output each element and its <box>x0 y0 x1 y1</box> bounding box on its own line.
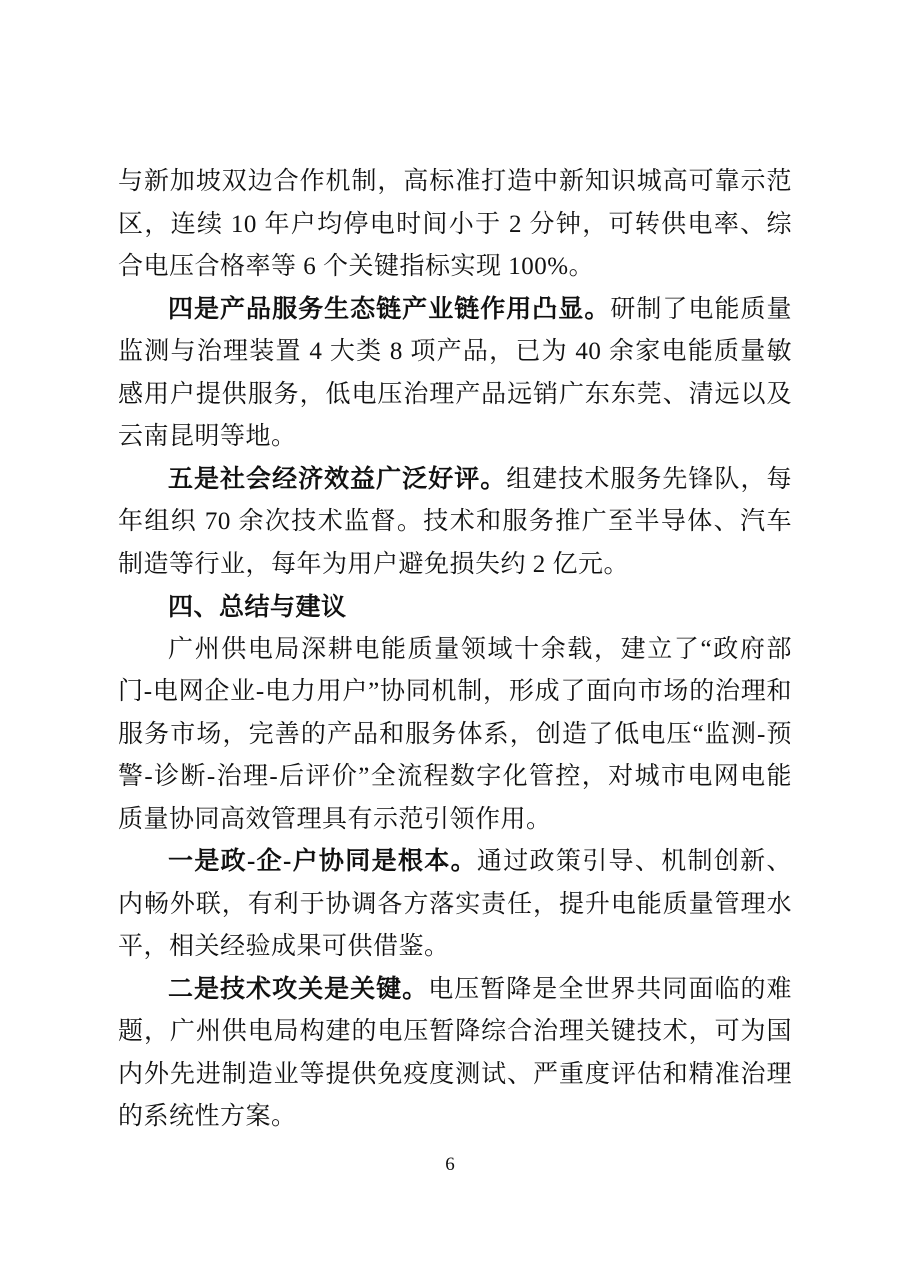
paragraph-summary: 广州供电局深耕电能质量领域十余载，建立了“政府部门-电网企业-电力用户”协同机制… <box>118 629 792 842</box>
paragraph-text: 与新加坡双边合作机制，高标准打造中新知识城高可靠示范区，连续 10 年户均停电时… <box>118 168 792 280</box>
paragraph-point4: 四是产品服务生态链产业链作用凸显。研制了电能质量监测与治理装置 4 大类 8 项… <box>118 289 792 459</box>
document-page: 与新加坡双边合作机制，高标准打造中新知识城高可靠示范区，连续 10 年户均停电时… <box>0 0 900 1272</box>
paragraph-point5: 五是社会经济效益广泛好评。组建技术服务先锋队，每年组织 70 余次技术监督。技术… <box>118 459 792 587</box>
paragraph-text: 广州供电局深耕电能质量领域十余载，建立了“政府部门-电网企业-电力用户”协同机制… <box>118 636 792 833</box>
paragraph-continuation: 与新加坡双边合作机制，高标准打造中新知识城高可靠示范区，连续 10 年户均停电时… <box>118 161 792 289</box>
page-number: 6 <box>445 1154 455 1175</box>
document-body: 与新加坡双边合作机制，高标准打造中新知识城高可靠示范区，连续 10 年户均停电时… <box>118 161 792 1139</box>
paragraph-bold-lead: 二是技术攻关是关键。 <box>168 976 428 1003</box>
paragraph-bold-lead: 四是产品服务生态链产业链作用凸显。 <box>168 296 610 323</box>
paragraph-bold-lead: 一是政-企-户协同是根本。 <box>168 848 477 875</box>
paragraph-bold-lead: 五是社会经济效益广泛好评。 <box>168 466 506 493</box>
paragraph-suggestion1: 一是政-企-户协同是根本。通过政策引导、机制创新、内畅外联，有利于协调各方落实责… <box>118 841 792 969</box>
page-footer: 6 <box>0 1152 900 1178</box>
paragraph-suggestion2: 二是技术攻关是关键。电压暂降是全世界共同面临的难题，广州供电局构建的电压暂降综合… <box>118 969 792 1139</box>
section-heading: 四、总结与建议 <box>118 586 792 629</box>
